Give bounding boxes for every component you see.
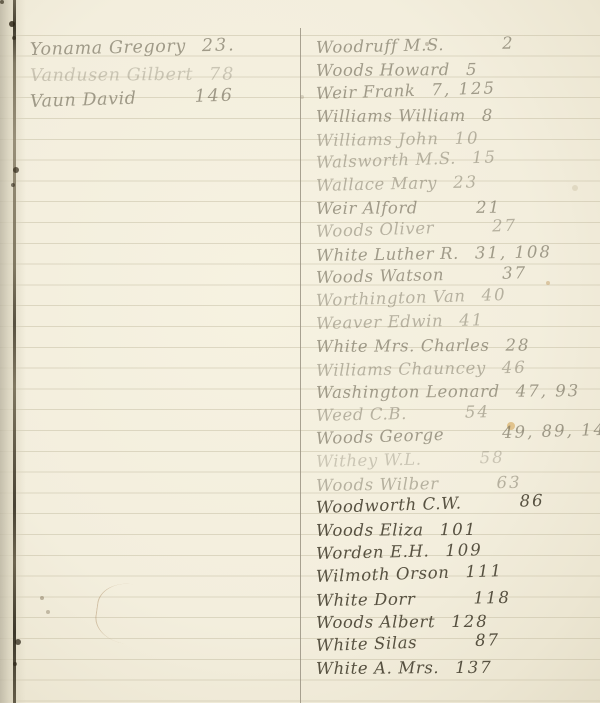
entry-name: Yonama Gregory — [30, 36, 186, 60]
right-index-column: Woodruff M.S. 2 Woods Howard 5 Weir Fran… — [316, 38, 594, 682]
entry-name: Woods Wilber — [316, 474, 439, 495]
entry-page-numbers: 111 — [465, 561, 503, 581]
entry-page-numbers: 5 — [466, 60, 479, 79]
entry-page-numbers: 28 — [505, 336, 530, 355]
entry-page-numbers: 78 — [209, 65, 235, 85]
entry-page-numbers: 46 — [502, 358, 527, 377]
entry-name: Weed C.B. — [316, 404, 407, 425]
ledger-entry: Williams William 8 — [316, 105, 594, 130]
entry-page-numbers: 137 — [455, 658, 493, 677]
entry-name: Wallace Mary — [316, 173, 438, 195]
entry-name: Woods Watson — [316, 265, 445, 287]
entry-name: Woods Albert — [316, 612, 435, 632]
entry-page-numbers: 109 — [445, 540, 483, 560]
entry-page-numbers: 8 — [482, 106, 495, 125]
entry-name: Worthington Van — [316, 286, 466, 310]
entry-name: Washington Leonard — [316, 382, 500, 402]
entry-page-numbers: 21 — [476, 198, 501, 217]
entry-page-numbers: 86 — [519, 491, 545, 511]
ledger-entry: Williams Chauncey 46 — [316, 357, 594, 384]
entry-name: Woods Oliver — [316, 218, 435, 241]
ledger-entry: Yonama Gregory 23. — [30, 34, 281, 66]
entry-page-numbers: 23 — [453, 172, 478, 192]
entry-page-numbers: 31, 108 — [475, 242, 552, 262]
entry-page-numbers: 23. — [202, 35, 236, 56]
entry-page-numbers: 54 — [465, 402, 490, 422]
entry-page-numbers: 7, 125 — [431, 78, 496, 99]
entry-page-numbers: 10 — [454, 128, 479, 147]
entry-name: Weir Alford — [316, 198, 418, 218]
entry-page-numbers: 49, 89, 142 — [502, 419, 600, 442]
ledger-entry: Wallace Mary 23 — [316, 170, 594, 199]
ledger-entry: Woodruff M.S. 2 — [316, 32, 594, 61]
left-index-column: Yonama Gregory 23. Vandusen Gilbert 78 V… — [30, 40, 280, 118]
ledger-entry: Weaver Edwin 41 — [316, 308, 594, 337]
entry-page-numbers: 15 — [472, 147, 498, 167]
entry-name: Woodruff M.S. — [316, 35, 445, 57]
ledger-entry: White Mrs. Charles 28 — [316, 335, 594, 360]
entry-page-numbers: 118 — [473, 588, 511, 608]
entry-page-numbers: 37 — [502, 263, 527, 283]
entry-name: Withey W.L. — [316, 450, 422, 471]
entry-page-numbers: 41 — [459, 310, 484, 330]
entry-name: White A. Mrs. — [316, 658, 439, 678]
entry-name: Weir Frank — [316, 81, 416, 103]
entry-name: White Dorr — [316, 589, 416, 610]
entry-name: Weaver Edwin — [316, 311, 444, 333]
entry-name: Woods George — [316, 425, 445, 448]
entry-page-numbers: 58 — [479, 448, 504, 468]
ledger-entry: White Dorr 118 — [316, 587, 594, 614]
entry-name: Woodworth C.W. — [316, 493, 462, 517]
entry-name: Vaun David — [30, 89, 137, 112]
entry-page-numbers: 40 — [481, 285, 507, 305]
entry-name: Vandusen Gilbert — [30, 65, 193, 86]
entry-name: White Mrs. Charles — [316, 336, 490, 356]
entry-page-numbers: 128 — [451, 612, 489, 631]
entry-name: Williams Chauncey — [316, 358, 486, 380]
paper-stains — [0, 0, 4, 4]
entry-name: White Luther R. — [316, 244, 459, 265]
ledger-entry: White A. Mrs. 137 — [316, 657, 594, 682]
scanned-ledger-page: Yonama Gregory 23. Vandusen Gilbert 78 V… — [0, 0, 600, 703]
entry-name: Walsworth M.S. — [316, 149, 457, 172]
ledger-entry: Withey W.L. 58 — [316, 446, 594, 475]
entry-name: Woods Eliza — [316, 520, 424, 540]
entry-name: White Silas — [316, 633, 418, 655]
entry-page-numbers: 2 — [502, 33, 515, 52]
entry-page-numbers: 63 — [496, 473, 521, 492]
entry-name: Williams William — [316, 106, 466, 126]
entry-page-numbers: 146 — [194, 86, 234, 107]
entry-page-numbers: 27 — [492, 216, 518, 236]
entry-name: Worden E.H. — [316, 541, 430, 563]
entry-name: Williams John — [316, 129, 439, 150]
entry-page-numbers: 101 — [440, 520, 478, 539]
entry-name: Wilmoth Orson — [316, 563, 450, 586]
entry-page-numbers: 87 — [475, 630, 501, 650]
binding-edge — [13, 0, 16, 703]
entry-page-numbers: 47, 93 — [516, 381, 581, 400]
column-divider-line — [300, 28, 301, 703]
entry-name: Woods Howard — [316, 60, 450, 80]
